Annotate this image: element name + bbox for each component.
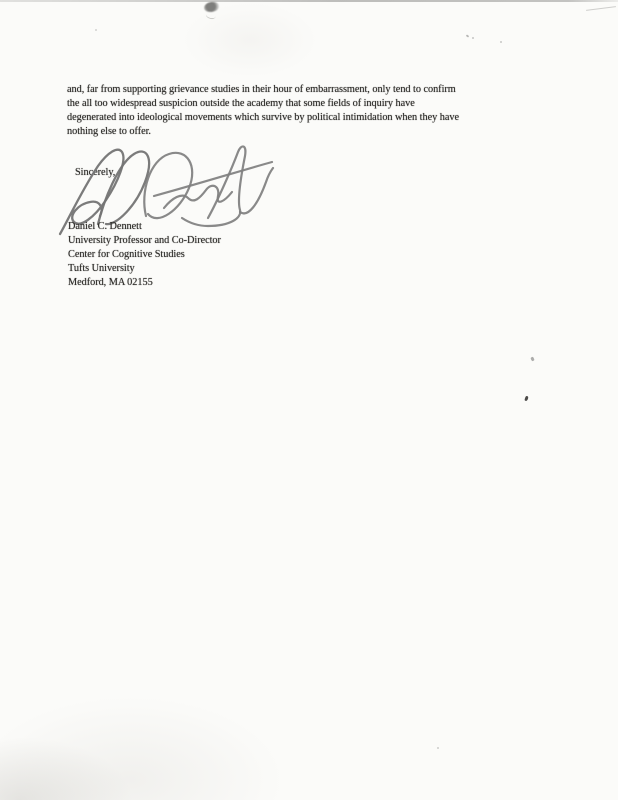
body-line-4: nothing else to offer. [67, 125, 459, 139]
signature-block: Daniel C. Dennett University Professor a… [68, 220, 221, 290]
body-line-2: the all too widespread suspicion outside… [67, 97, 459, 111]
scan-ink-blob-artifact [203, 1, 219, 13]
sender-university: Tufts University [68, 262, 221, 276]
sender-name: Daniel C. Dennett [68, 220, 221, 234]
scan-speck-artifact [95, 29, 97, 31]
scan-speck-artifact [437, 747, 439, 749]
sender-address: Medford, MA 02155 [68, 276, 221, 290]
scan-speck-artifact [524, 396, 528, 402]
scan-scratch-artifact [586, 6, 616, 11]
letter-body-paragraph: and, far from supporting grievance studi… [67, 83, 459, 139]
scan-speck-artifact [500, 41, 502, 43]
scan-top-edge-artifact [0, 0, 618, 2]
scan-speck-artifact [472, 37, 474, 39]
body-line-1: and, far from supporting grievance studi… [67, 83, 459, 97]
body-line-3: degenerated into ideological movements w… [67, 111, 459, 125]
scan-ink-blob-tail-artifact [205, 11, 216, 20]
scan-speck-artifact [466, 34, 470, 37]
sender-title: University Professor and Co-Director [68, 234, 221, 248]
scanned-letter-page: and, far from supporting grievance studi… [0, 0, 618, 800]
sender-organization: Center for Cognitive Studies [68, 248, 221, 262]
scan-speck-artifact [530, 357, 534, 362]
